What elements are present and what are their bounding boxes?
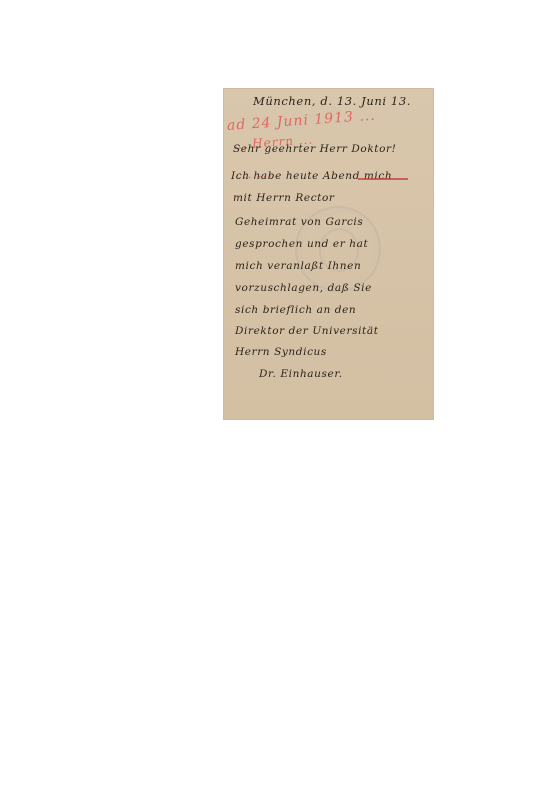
letter-body-line: mit Herrn Rector [233,192,335,204]
letter-body-line: Geheimrat von Garcis [235,216,363,228]
letter-salutation: Sehr geehrter Herr Doktor! [233,143,396,155]
letter-body-line: gesprochen und er hat [235,238,368,250]
page: München, d. 13. Juni 13. ad 24 Juni 1913… [0,0,549,800]
strikethrough-mark [358,178,408,180]
letter-body-line: sich brieflich an den [235,304,356,316]
letter-body-line: Herrn Syndicus [235,346,327,358]
letter-body-line: Direktor der Universität [235,325,379,337]
red-annotation-line-1: ad 24 Juni 1913 ... [226,108,376,134]
letter-body-line: vorzuschlagen, daß Sie [235,282,372,294]
letter-place-date: München, d. 13. Juni 13. [253,94,411,108]
letter-body-line: mich veranlaßt Ihnen [235,260,361,272]
letter-paper: München, d. 13. Juni 13. ad 24 Juni 1913… [223,88,434,420]
letter-body-line: Ich habe heute Abend mich [231,170,392,182]
letter-signature: Dr. Einhauser. [259,368,343,380]
